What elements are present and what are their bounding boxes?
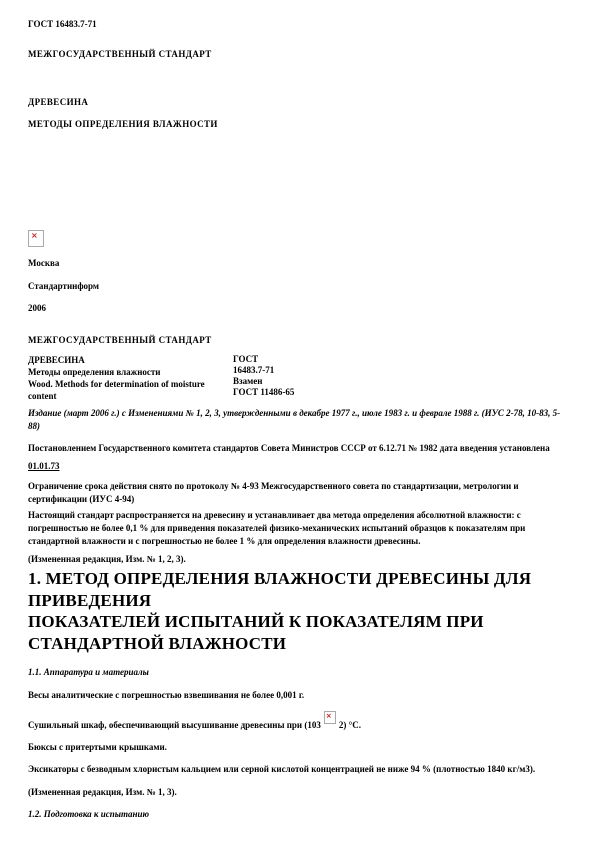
designation-replaces-code: ГОСТ 11486-65 xyxy=(233,387,294,398)
item-drying-oven: Сушильный шкаф, обеспечивающий высушиван… xyxy=(28,711,567,732)
broken-image-inline-icon: × xyxy=(324,711,336,724)
section-1-heading-part-1: 1. МЕТОД ОПРЕДЕЛЕНИЯ ВЛАЖНОСТИ ДРЕВЕСИНЫ… xyxy=(28,569,531,610)
item-drying-oven-text-before: Сушильный шкаф, обеспечивающий высушиван… xyxy=(28,720,321,730)
standard-type-label-2: МЕЖГОСУДАРСТВЕННЫЙ СТАНДАРТ xyxy=(28,334,567,347)
effective-date-value: 01.01.73 xyxy=(28,461,60,471)
designation-code-label: ГОСТ xyxy=(233,354,294,365)
designation-code-number: 16483.7-71 xyxy=(233,365,294,376)
designation-title-ru: ДРЕВЕСИНА xyxy=(28,354,233,366)
amendment-note-2: (Измененная редакция, Изм. № 1, 3). xyxy=(28,786,567,799)
item-desiccators: Эксикаторы с безводным хлористым кальцие… xyxy=(28,763,567,776)
edition-note: Издание (март 2006 г.) с Изменениями № 1… xyxy=(28,407,567,433)
effective-date: 01.01.73 xyxy=(28,460,567,473)
section-1-heading-part-2: ПОКАЗАТЕЛЕЙ ИСПЫТАНИЙ К ПОКАЗАТЕЛЯМ ПРИ … xyxy=(28,612,484,653)
broken-image-x-icon: × xyxy=(31,232,38,240)
broken-image-icon: × xyxy=(28,230,44,247)
doc-subtitle: МЕТОДЫ ОПРЕДЕЛЕНИЯ ВЛАЖНОСТИ xyxy=(28,118,567,131)
doc-title: ДРЕВЕСИНА xyxy=(28,96,567,109)
designation-table: ДРЕВЕСИНА Методы определения влажности W… xyxy=(28,354,567,402)
decree-note: Постановлением Государственного комитета… xyxy=(28,442,567,455)
document-page: ГОСТ 16483.7-71 МЕЖГОСУДАРСТВЕННЫЙ СТАНД… xyxy=(0,0,595,821)
clause-1-1-title: 1.1. Аппаратура и материалы xyxy=(28,666,567,679)
standard-type-label: МЕЖГОСУДАРСТВЕННЫЙ СТАНДАРТ xyxy=(28,48,567,61)
amendment-note-1: (Измененная редакция, Изм. № 1, 2, 3). xyxy=(28,553,567,566)
imprint-city: Москва xyxy=(28,257,567,270)
scope-paragraph: Настоящий стандарт распространяется на д… xyxy=(28,509,567,548)
section-1-heading: 1. МЕТОД ОПРЕДЕЛЕНИЯ ВЛАЖНОСТИ ДРЕВЕСИНЫ… xyxy=(28,568,538,654)
item-drying-oven-text-after: 2) °С. xyxy=(339,720,361,730)
item-analytical-scales: Весы аналитические с погрешностью взвеши… xyxy=(28,689,567,702)
imprint-year: 2006 xyxy=(28,302,567,315)
designation-subtitle-ru: Методы определения влажности xyxy=(28,366,233,378)
designation-title-en: Wood. Methods for determination of moist… xyxy=(28,378,233,402)
doc-code: ГОСТ 16483.7-71 xyxy=(28,18,567,31)
designation-replaces-label: Взамен xyxy=(233,376,294,387)
designation-left-cell: ДРЕВЕСИНА Методы определения влажности W… xyxy=(28,354,233,402)
broken-image-inline-x-icon: × xyxy=(326,713,332,720)
limitation-note: Ограничение срока действия снято по прот… xyxy=(28,480,567,506)
clause-1-2-title: 1.2. Подготовка к испытанию xyxy=(28,808,567,821)
item-weighing-bottles: Бюксы с притертыми крышками. xyxy=(28,741,567,754)
imprint-publisher: Стандартинформ xyxy=(28,280,567,293)
designation-right-cell: ГОСТ 16483.7-71 Взамен ГОСТ 11486-65 xyxy=(233,354,294,402)
